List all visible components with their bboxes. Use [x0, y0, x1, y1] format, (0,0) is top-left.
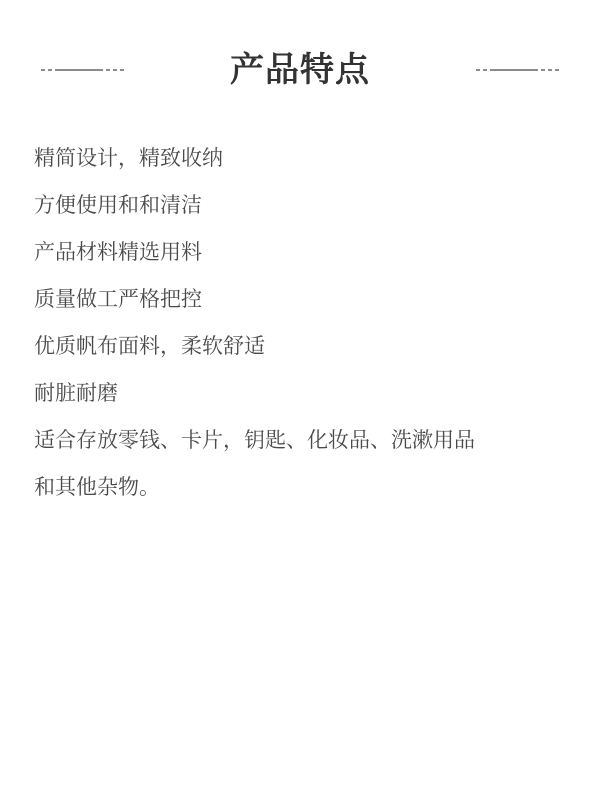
product-features-page: 产品特点 精简设计，精致收纳 方便使用和和清洁 产品材料精选用料 质量做工严格把…: [0, 0, 600, 800]
feature-line: 适合存放零钱、卡片，钥匙、化妆品、洗漱用品: [34, 417, 570, 464]
title-divider-right: [476, 69, 559, 71]
feature-line: 精简设计，精致收纳: [34, 135, 570, 182]
feature-line: 优质帆布面料，柔软舒适: [34, 323, 570, 370]
feature-line: 产品材料精选用料: [34, 229, 570, 276]
feature-list: 精简设计，精致收纳 方便使用和和清洁 产品材料精选用料 质量做工严格把控 优质帆…: [0, 135, 600, 511]
feature-line: 质量做工严格把控: [34, 276, 570, 323]
feature-line: 方便使用和和清洁: [34, 182, 570, 229]
feature-line: 和其他杂物。: [34, 464, 570, 511]
title-divider-left: [41, 69, 124, 71]
page-title: 产品特点: [230, 50, 370, 91]
page-header: 产品特点: [0, 0, 600, 91]
feature-line: 耐脏耐磨: [34, 370, 570, 417]
